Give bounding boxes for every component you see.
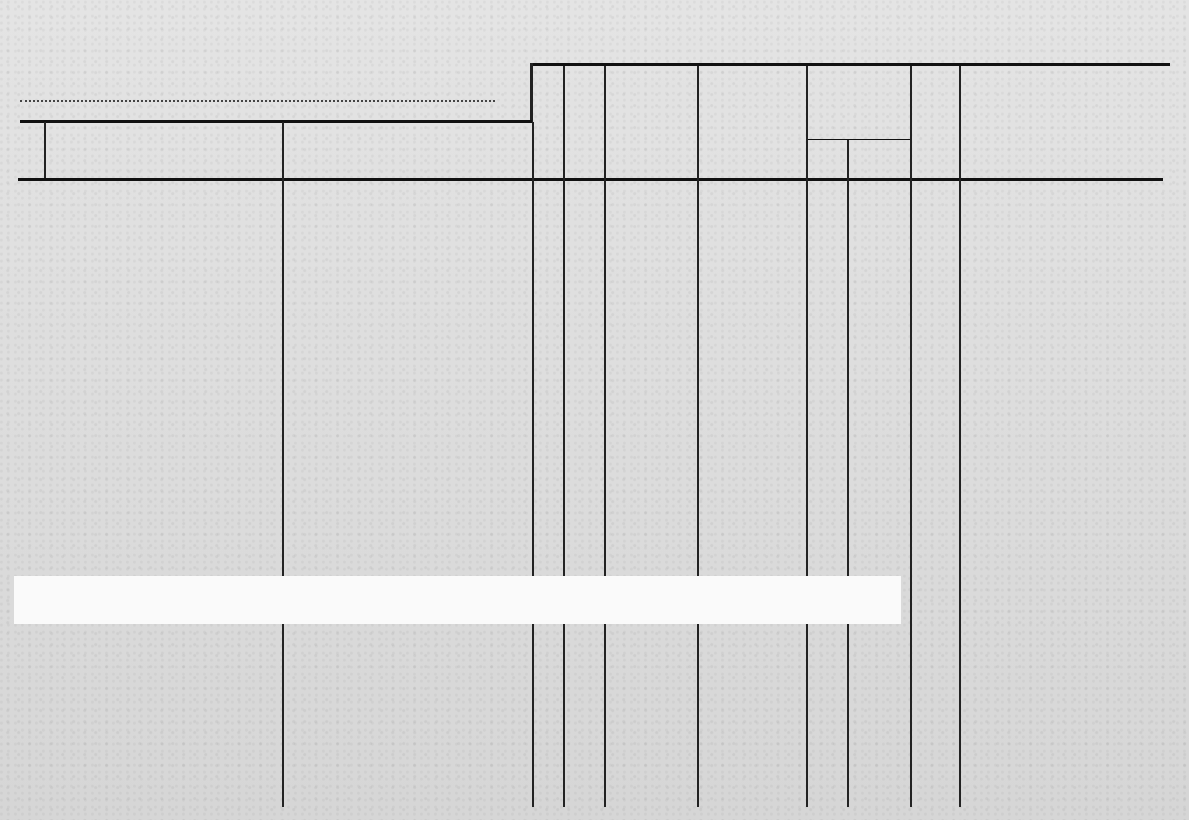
col-divider: [44, 122, 46, 178]
col-divider: [847, 140, 849, 807]
top-rule: [20, 100, 495, 102]
col-divider: [532, 122, 534, 807]
col-divider: [806, 66, 808, 807]
redaction-bar: [14, 576, 901, 624]
col-divider: [910, 66, 912, 807]
header-top-rule-left: [20, 120, 532, 123]
col-divider: [959, 66, 961, 807]
header-volgnummer: [22, 125, 42, 175]
col-divider: [563, 66, 565, 807]
col-divider: [697, 66, 699, 807]
sub-header-rule: [808, 139, 910, 140]
header-geslacht: [535, 72, 561, 176]
header-step-rule: [530, 63, 533, 123]
col-divider: [282, 122, 284, 807]
header-top-rule-right: [530, 63, 1170, 66]
header-bottom-rule: [18, 178, 1163, 181]
header-betrekking: [566, 68, 602, 176]
header-kerkgenootschap: [913, 68, 957, 176]
register-page: [0, 0, 1189, 820]
col-divider: [604, 66, 606, 807]
